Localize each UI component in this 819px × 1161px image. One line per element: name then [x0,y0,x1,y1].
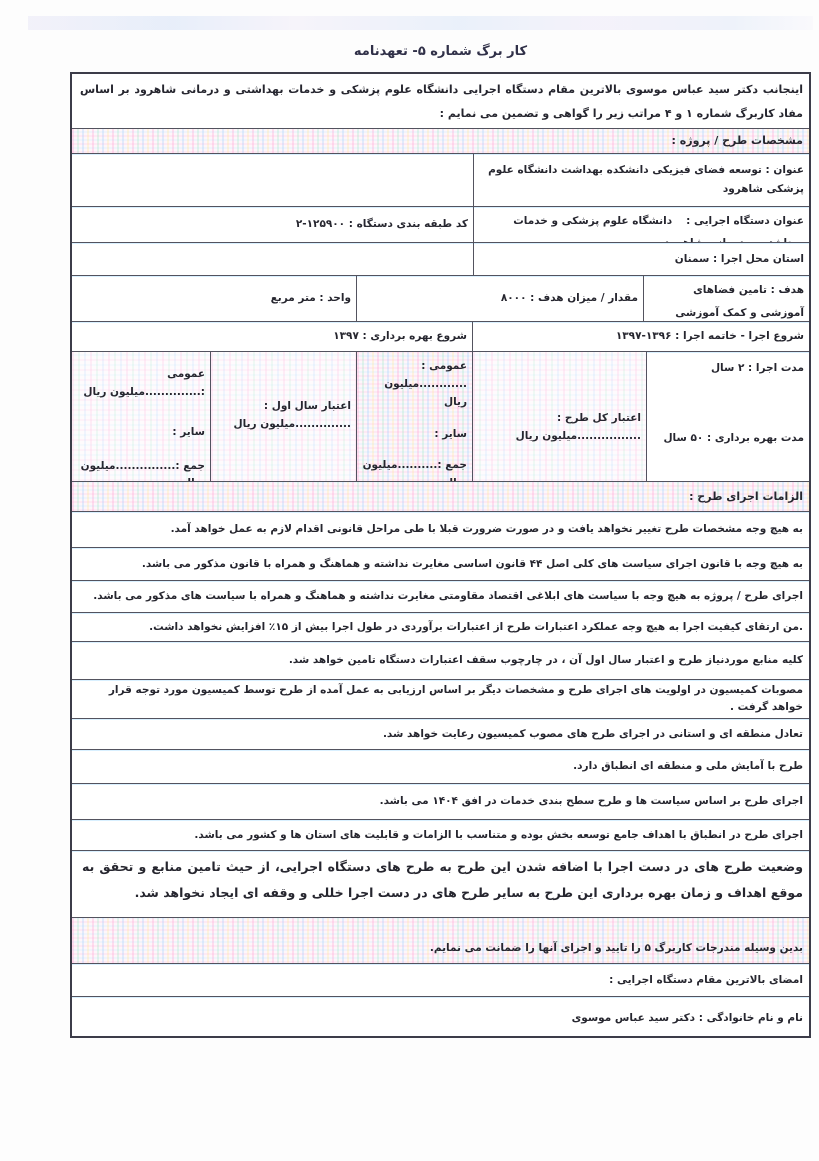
requirement-text: به هیچ وجه مشخصات طرح تغییر نخواهد یافت … [171,521,803,538]
total-breakdown-cell: عمومی : ............میلیون ریال سایر : ج… [356,352,472,481]
province-row: استان محل اجرا : سمنان [72,243,809,276]
project-title-value-cell [72,154,473,206]
requirement-item: اجرای طرح در انطباق با اهداف جامع توسعه … [72,820,809,851]
intro-paragraph: اینجانب دکتر سید عباس موسوی بالاترین مقا… [80,78,803,125]
project-title-row: عنوان : توسعه فضای فیزیکی دانشکده بهداشت… [72,154,809,207]
agency-code-cell: کد طبقه بندی دستگاه : ۱۲۵۹۰۰-۲ [72,207,473,242]
project-title: عنوان : توسعه فضای فیزیکی دانشکده بهداشت… [479,161,804,199]
requirement-text: .من ارتقای کیفیت اجرا به هیچ وجه عملکرد … [149,619,803,636]
first-sum: جمع :...............میلیون ریال [77,458,205,481]
operation-start: شروع بهره برداری : ۱۳۹۷ [333,327,467,346]
unit-cell: واحد : متر مربع [72,276,356,321]
total-credit: اعتبار کل طرح : ................میلیون ر… [478,410,641,446]
requirement-text: اجرای طرح بر اساس سیاست ها و طرح سطح بند… [380,793,803,810]
first-other: سایر : [77,424,205,442]
specs-header: مشخصات طرح / پروژه : [672,131,803,151]
requirement-item: کلیه منابع موردنیاز طرح و اعتبار سال اول… [72,642,809,680]
requirement-text: تعادل منطقه ای و استانی در اجرای طرح های… [383,726,803,743]
commitment-paragraph-row: وضعیت طرح های در دست اجرا با اضافه شدن ا… [72,851,809,918]
total-other: سایر : [362,426,467,444]
total-public: عمومی : ............میلیون ریال [362,358,467,412]
requirement-text: طرح با آمایش ملی و منطقه ای انطباق دارد. [573,758,803,775]
operation-start-cell: شروع بهره برداری : ۱۳۹۷ [72,322,472,351]
agency-code: کد طبقه بندی دستگاه : ۱۲۵۹۰۰-۲ [296,215,468,234]
goal-cell: هدف : تامین فضاهای آموزشی و کمک آموزشی [643,276,809,321]
first-public: عمومی :..............میلیون ریال [77,366,205,402]
requirement-text: به هیچ وجه با قانون اجرای سیاست های کلی … [142,556,803,573]
agency-label: عنوان دستگاه اجرایی : [686,215,804,227]
agency-cell: عنوان دستگاه اجرایی :دانشگاه علوم پزشکی … [473,207,809,242]
specs-header-row: مشخصات طرح / پروژه : [72,129,809,154]
start-end-cell: شروع اجرا - خاتمه اجرا : ۱۳۹۶-۱۳۹۷ [472,322,809,351]
signature-label: امضای بالاترین مقام دستگاه اجرایی : [609,972,803,989]
first-year-credit: اعتبار سال اول : ..............میلیون ری… [216,398,351,434]
province-empty-cell [72,243,473,275]
goal-amount-cell: مقدار / میزان هدف : ۸۰۰۰ [356,276,643,321]
province-cell: استان محل اجرا : سمنان [473,243,809,275]
requirement-item: به هیچ وجه با قانون اجرای سیاست های کلی … [72,548,809,581]
total-credit-cell: اعتبار کل طرح : ................میلیون ر… [472,352,646,481]
operation-duration: مدت بهره برداری : ۵۰ سال [652,430,804,448]
requirement-item: .من ارتقای کیفیت اجرا به هیچ وجه عملکرد … [72,613,809,642]
page-title: کار برگ شماره ۵- تعهدنامه [70,44,811,59]
goal-amount: مقدار / میزان هدف : ۸۰۰۰ [501,289,638,308]
requirement-item: طرح با آمایش ملی و منطقه ای انطباق دارد. [72,750,809,784]
agency-row: عنوان دستگاه اجرایی :دانشگاه علوم پزشکی … [72,207,809,243]
requirement-item: اجرای طرح بر اساس سیاست ها و طرح سطح بند… [72,784,809,820]
guarantee-text: بدین وسیله مندرجات کاربرگ ۵ را تایید و ا… [430,939,803,958]
duration: مدت اجرا : ۲ سال [652,360,804,378]
requirement-item: اجرای طرح / پروژه به هیچ وجه با سیاست ها… [72,581,809,613]
scanned-form-page: کار برگ شماره ۵- تعهدنامه اینجانب دکتر س… [0,0,819,1161]
name-label: نام و نام خانوادگی : دکتر سید عباس موسوی [572,1010,803,1027]
requirement-text: اجرای طرح در انطباق با اهداف جامع توسعه … [194,827,803,844]
requirement-item: مصوبات کمیسیون در اولویت های اجرای طرح و… [72,680,809,719]
project-title-cell: عنوان : توسعه فضای فیزیکی دانشکده بهداشت… [473,154,809,206]
requirement-text: اجرای طرح / پروژه به هیچ وجه با سیاست ها… [93,588,803,605]
form-table: اینجانب دکتر سید عباس موسوی بالاترین مقا… [70,72,811,1038]
goal-row: هدف : تامین فضاهای آموزشی و کمک آموزشی م… [72,276,809,322]
first-year-credit-cell: اعتبار سال اول : ..............میلیون ری… [210,352,356,481]
start-end: شروع اجرا - خاتمه اجرا : ۱۳۹۶-۱۳۹۷ [616,327,804,346]
commitment-paragraph: وضعیت طرح های در دست اجرا با اضافه شدن ا… [82,854,803,905]
province-label: استان محل اجرا : سمنان [675,250,804,269]
first-year-breakdown-cell: عمومی :..............میلیون ریال سایر : … [72,352,210,481]
total-sum: جمع :..........میلیون ریال [362,457,467,481]
duration-cell: مدت اجرا : ۲ سال مدت بهره برداری : ۵۰ سا… [646,352,809,481]
requirement-item: تعادل منطقه ای و استانی در اجرای طرح های… [72,719,809,750]
scan-noise-band [28,16,813,30]
requirement-text: کلیه منابع موردنیاز طرح و اعتبار سال اول… [289,652,803,669]
requirement-text: مصوبات کمیسیون در اولویت های اجرای طرح و… [78,682,803,716]
signature-row: امضای بالاترین مقام دستگاه اجرایی : [72,964,809,997]
requirements-header: الزامات اجرای طرح : [689,487,803,507]
financial-row: مدت اجرا : ۲ سال مدت بهره برداری : ۵۰ سا… [72,352,809,482]
unit-label: واحد : متر مربع [271,289,351,308]
goal-label: هدف : تامین فضاهای آموزشی و کمک آموزشی [675,284,804,319]
schedule-row: شروع اجرا - خاتمه اجرا : ۱۳۹۶-۱۳۹۷ شروع … [72,322,809,352]
guarantee-row: بدین وسیله مندرجات کاربرگ ۵ را تایید و ا… [72,918,809,964]
intro-row: اینجانب دکتر سید عباس موسوی بالاترین مقا… [72,74,809,129]
requirements-header-row: الزامات اجرای طرح : [72,482,809,512]
requirement-item: به هیچ وجه مشخصات طرح تغییر نخواهد یافت … [72,512,809,548]
name-row: نام و نام خانوادگی : دکتر سید عباس موسوی [72,997,809,1039]
